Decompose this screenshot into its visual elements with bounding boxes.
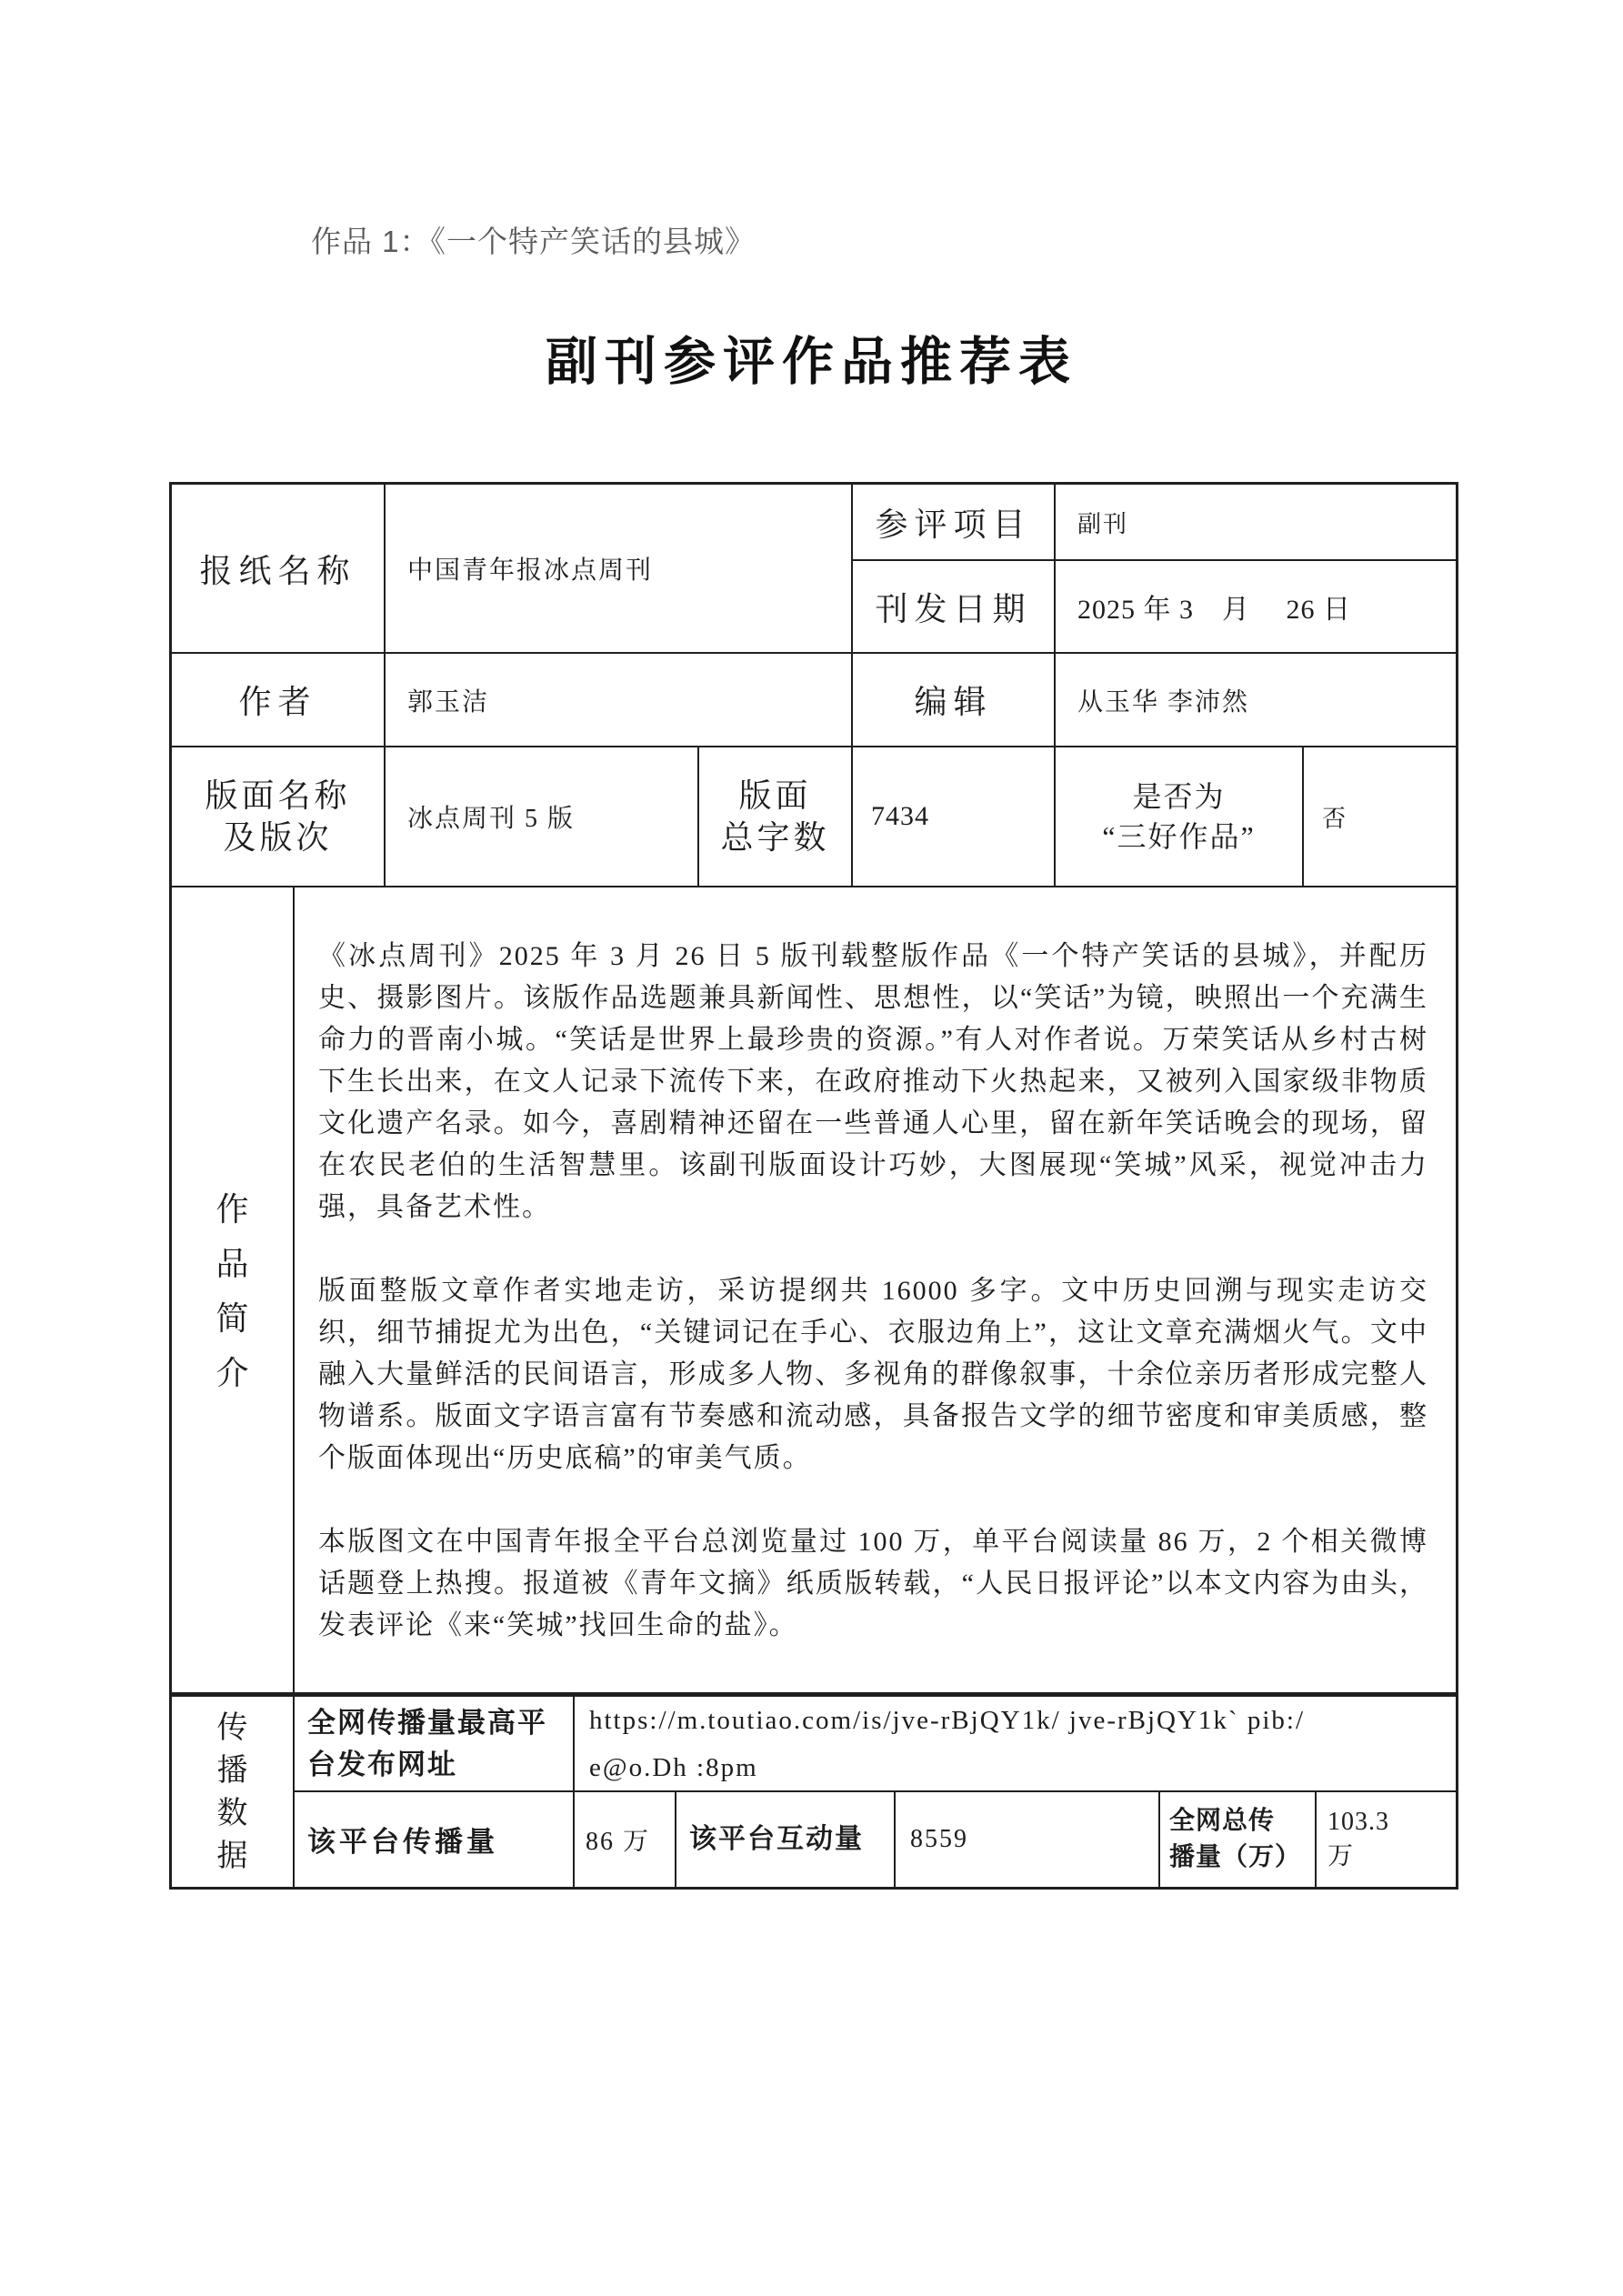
author-value: 郭玉洁 (386, 654, 851, 746)
layout-name-value: 冰点周刊 5 版 (386, 747, 697, 886)
editor-value: 从玉华 李沛然 (1056, 654, 1456, 746)
editor-label: 编辑 (853, 654, 1054, 746)
top-platform-url-label: 全网传播量最高平 台发布网址 (295, 1697, 573, 1790)
platform-interact-value: 8559 (896, 1791, 1158, 1887)
newspaper-name-value: 中国青年报冰点周刊 (386, 485, 851, 652)
work-number-label: 作品 1：《一个特产笑话的县城》 (311, 218, 756, 261)
intro-label: 作品简介 (172, 887, 293, 1695)
layout-name-label: 版面名称 及版次 (172, 747, 384, 886)
intro-paragraph: 本版图文在中国青年报全平台总浏览量过 100 万，单平台阅读量 86 万，2 个… (318, 1521, 1428, 1647)
spread-data-label-text: 传播数据 (215, 1707, 251, 1878)
total-spread-value: 103.3 万 (1317, 1791, 1456, 1887)
platform-spread-label: 该平台传播量 (295, 1791, 573, 1887)
word-count-label: 版面 总字数 (699, 747, 851, 886)
intro-body: 《冰点周刊》2025 年 3 月 26 日 5 版刊载整版作品《一个特产笑话的县… (295, 887, 1456, 1695)
top-platform-url-value: https://m.toutiao.com/is/jve-rBjQY1k/ jv… (575, 1697, 1456, 1790)
platform-interact-label: 该平台互动量 (676, 1791, 894, 1887)
total-spread-label: 全网总传 播量（万） (1160, 1791, 1315, 1887)
intro-label-text: 作品简介 (215, 1182, 251, 1400)
publish-date-label: 刊发日期 (853, 561, 1054, 652)
platform-spread-value: 86 万 (575, 1791, 675, 1887)
document-page: 作品 1：《一个特产笑话的县城》 副刊参评作品推荐表 报纸名称 中国青年报冰点周… (0, 0, 1623, 2296)
author-label: 作者 (172, 654, 384, 746)
three-good-value: 否 (1304, 747, 1456, 886)
three-good-label: 是否为 “三好作品” (1056, 747, 1302, 886)
intro-paragraph: 版面整版文章作者实地走访，采访提纲共 16000 多字。文中历史回溯与现实走访交… (318, 1270, 1428, 1479)
intro-paragraph: 《冰点周刊》2025 年 3 月 26 日 5 版刊载整版作品《一个特产笑话的县… (318, 936, 1428, 1228)
entry-item-label: 参评项目 (853, 485, 1054, 559)
recommendation-form-table: 报纸名称 中国青年报冰点周刊 参评项目 副刊 刊发日期 2025 年 3 月 2… (169, 482, 1458, 1890)
word-count-value: 7434 (853, 747, 1054, 886)
form-title: 副刊参评作品推荐表 (0, 320, 1623, 395)
entry-item-value: 副刊 (1056, 485, 1456, 559)
spread-data-label: 传播数据 (172, 1697, 293, 1887)
publish-date-value: 2025 年 3 月 26 日 (1056, 561, 1456, 652)
newspaper-name-label: 报纸名称 (172, 485, 384, 652)
